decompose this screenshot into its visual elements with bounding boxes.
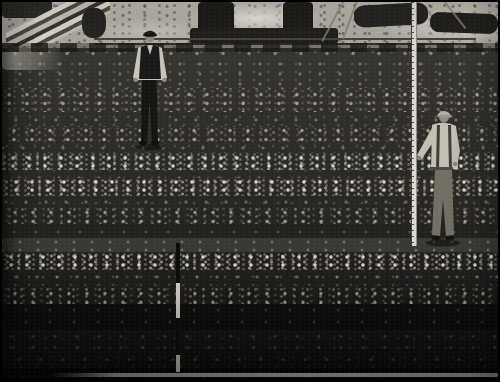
stratum-band bbox=[2, 330, 498, 352]
waistband bbox=[431, 167, 453, 170]
cap-brim bbox=[438, 115, 453, 118]
workman-right-figure bbox=[412, 107, 468, 247]
stratum-band bbox=[2, 286, 498, 304]
photo-frame bbox=[0, 0, 500, 382]
boot bbox=[151, 141, 159, 145]
workman-left-figure bbox=[127, 26, 173, 152]
figure-shadow bbox=[136, 144, 164, 150]
hand bbox=[133, 78, 137, 82]
boot bbox=[139, 141, 147, 145]
log-right bbox=[430, 12, 498, 34]
excavation-photo bbox=[2, 2, 498, 379]
photo-bottom-edge bbox=[48, 373, 498, 377]
stratum-band bbox=[2, 252, 498, 270]
left-edge-shadow bbox=[2, 48, 16, 379]
stratum-band bbox=[2, 352, 498, 368]
trousers bbox=[432, 169, 454, 236]
stratum-band bbox=[2, 270, 498, 286]
dark-object bbox=[82, 8, 106, 38]
boot bbox=[446, 236, 455, 241]
trousers bbox=[141, 78, 158, 142]
hand bbox=[162, 78, 166, 82]
hand bbox=[417, 156, 421, 160]
ground-level-strip bbox=[2, 2, 498, 48]
figure-shadow bbox=[426, 240, 460, 247]
ranging-pole bbox=[176, 243, 180, 372]
stratum-band bbox=[2, 304, 498, 330]
hand bbox=[453, 162, 457, 166]
cap-brim bbox=[143, 34, 157, 37]
stratum-band bbox=[2, 58, 498, 88]
log-left bbox=[353, 2, 428, 28]
pit-edge-lip bbox=[2, 43, 498, 52]
boot bbox=[432, 236, 441, 241]
